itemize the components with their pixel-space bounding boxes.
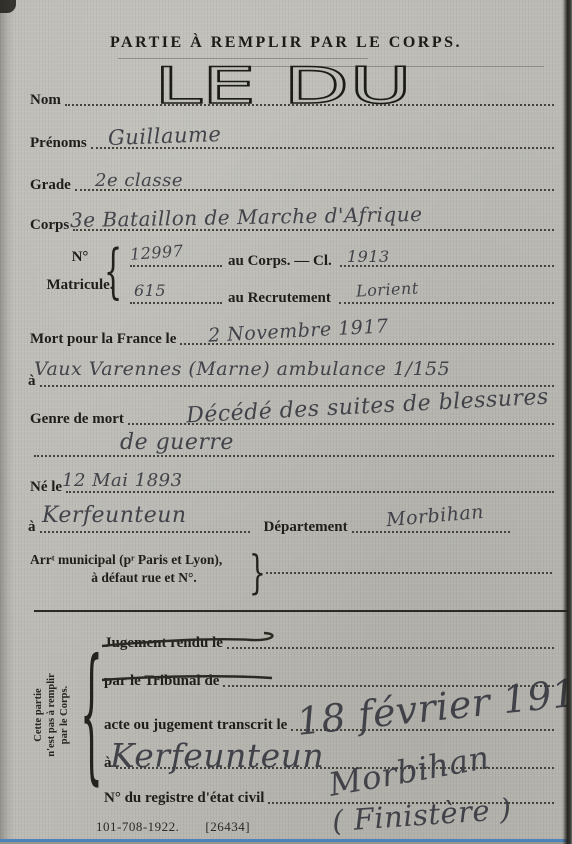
imprint-reference: [26434] <box>205 819 250 834</box>
dotted-line <box>339 302 554 304</box>
dotted-line <box>34 455 554 457</box>
arrondissement-label-ligne2: à défaut rue et N°. <box>30 569 258 587</box>
grade-handwritten-value: 2e classe <box>95 170 183 191</box>
au-corps-label: au Corps. — Cl. <box>228 253 332 270</box>
imprint-footer: 101-708-1922.[26434] <box>96 819 276 835</box>
dotted-line <box>65 104 554 106</box>
tribunal-label: par le Tribunal de <box>104 673 219 690</box>
prenoms-label: Prénoms <box>30 135 87 152</box>
grade-label: Grade <box>30 177 71 194</box>
field-row-jugement: Jugement rendu le <box>104 628 556 652</box>
departement-label: Département <box>264 519 348 536</box>
jugement-rendu-label: Jugement rendu le <box>104 635 223 652</box>
genre-de-mort-label: Genre de mort <box>30 411 124 428</box>
transcription-label: acte ou jugement transcrit le <box>104 717 287 734</box>
field-row-nom: Nom <box>30 85 556 109</box>
prenoms-handwritten-value: Guillaume <box>108 122 222 150</box>
side-note-ligne3: par le Corps. <box>58 632 71 798</box>
imprint-number: 101-708-1922. <box>96 819 179 834</box>
dotted-line <box>66 491 554 493</box>
field-row-matricule-recrutement: au Recrutement <box>126 283 556 307</box>
arrondissement-label-ligne1: Arrᵗ municipal (pʳ Paris et Lyon), <box>30 551 258 569</box>
side-note-ligne1: Cette partie <box>32 632 45 798</box>
matricule-corps-number-handwritten: 12997 <box>129 241 184 264</box>
arrondissement-closing-brace: } <box>249 550 266 596</box>
dotted-line <box>40 531 250 533</box>
dotted-line <box>352 531 510 533</box>
side-note-vertical: Cette partie n'est pas à remplir par le … <box>32 632 78 798</box>
matricule-recrutement-number-handwritten: 615 <box>134 281 166 300</box>
nom-label: Nom <box>30 92 61 109</box>
field-row-genre-mort-suite <box>30 436 556 460</box>
mort-pour-la-france-label: Mort pour la France le <box>30 331 176 348</box>
dotted-line <box>266 572 552 574</box>
dotted-line <box>40 385 555 387</box>
etat-civil-opening-brace: { <box>80 646 103 793</box>
au-recrutement-label: au Recrutement <box>228 290 331 307</box>
naissance-date-handwritten: 12 Mai 1893 <box>62 470 183 491</box>
classe-handwritten: 1913 <box>347 247 390 266</box>
naissance-lieu-handwritten: Kerfeunteun <box>42 503 187 528</box>
form-section-title: PARTIE À REMPLIR PAR LE CORPS. <box>0 34 572 52</box>
corps-label: Corps <box>30 217 69 234</box>
death-record-form-scan: PARTIE À REMPLIR PAR LE CORPS. LE DU Nom… <box>0 0 572 844</box>
scan-left-edge-shadow <box>0 0 14 844</box>
scan-right-edge-line <box>562 0 572 844</box>
arrondissement-label-block: Arrᵗ municipal (pʳ Paris et Lyon), à déf… <box>30 551 258 587</box>
registre-label: N° du registre d'état civil <box>104 790 264 807</box>
a-label: à <box>28 519 36 536</box>
ne-le-label: Né le <box>30 479 62 496</box>
dotted-line <box>130 265 222 267</box>
genre-mort-ligne2-handwritten: de guerre <box>120 430 234 455</box>
transcription-lieu-handwritten: Kerfeunteun <box>110 736 324 775</box>
deces-lieu-handwritten: Vaux Varennes (Marne) ambulance 1/155 <box>34 358 450 380</box>
matricule-opening-brace: { <box>104 244 122 303</box>
dotted-line <box>227 647 554 649</box>
field-row-matricule-corps: au Corps. — Cl. <box>126 246 556 270</box>
lieu-recrutement-handwritten: Lorient <box>356 278 420 300</box>
section-separator-line <box>34 610 572 612</box>
dotted-line <box>130 302 222 304</box>
side-note-ligne2: n'est pas à remplir <box>45 632 58 798</box>
